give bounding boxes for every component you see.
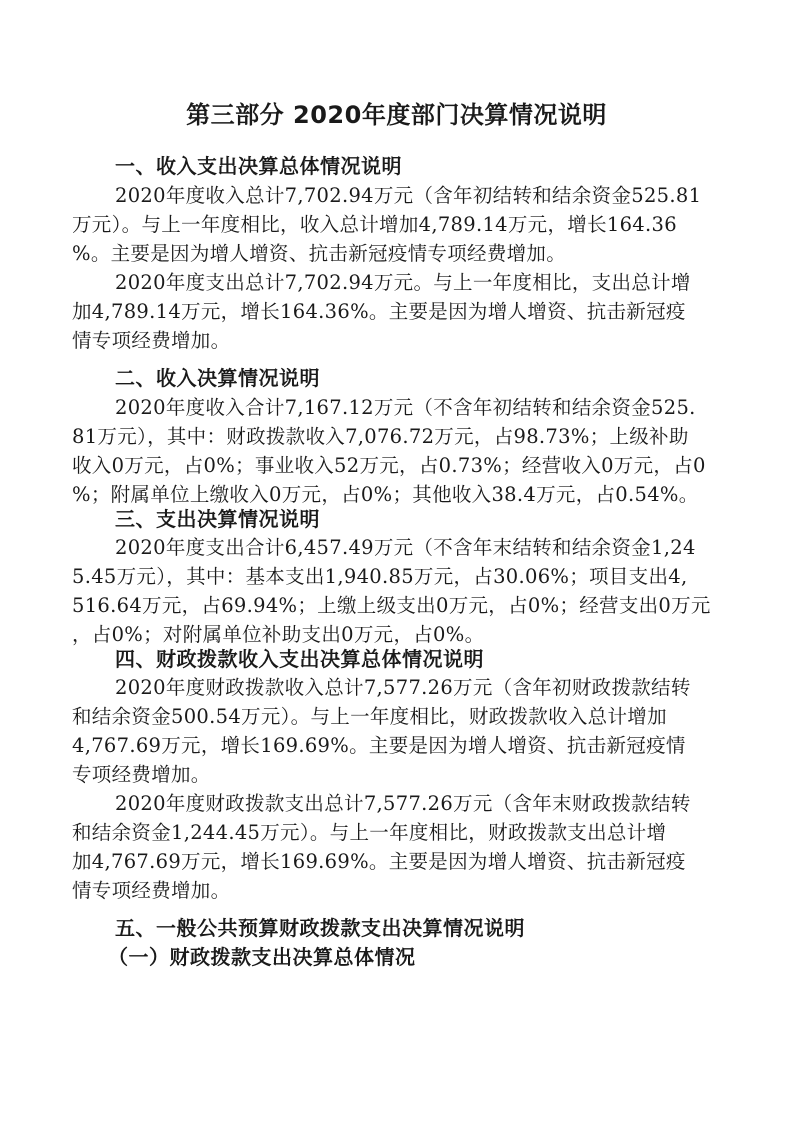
- paragraph-line: 2020年度支出总计7,702.94万元。与上一年度相比，支出总计增: [115, 267, 691, 295]
- paragraph-line: 情专项经费增加。: [72, 325, 230, 353]
- section-heading-4: 四、财政拨款收入支出决算总体情况说明: [115, 643, 484, 672]
- paragraph-line: 2020年度财政拨款收入总计7,577.26万元（含年初财政拨款结转: [115, 672, 691, 700]
- subsection-heading: （一）财政拨款支出决算总体情况: [108, 941, 416, 970]
- paragraph-line: 和结余资金1,244.45万元）。与上一年度相比，财政拨款支出总计增: [72, 817, 666, 845]
- paragraph-line: 专项经费增加。: [72, 759, 211, 787]
- paragraph-line: 万元）。与上一年度相比，收入总计增加4,789.14万元，增长164.36: [72, 209, 677, 237]
- paragraph-line: 5.45万元），其中：基本支出1,940.85万元，占30.06%；项目支出4,: [72, 561, 687, 589]
- paragraph-line: %。主要是因为增人增资、抗击新冠疫情专项经费增加。: [72, 238, 566, 266]
- paragraph-line: 2020年度收入合计7,167.12万元（不含年初结转和结余资金525.: [115, 392, 696, 420]
- paragraph-line: 加4,789.14万元，增长164.36%。主要是因为增人增资、抗击新冠疫: [72, 296, 686, 324]
- paragraph-line: 收入0万元，占0%；事业收入52万元，占0.73%；经营收入0万元，占0: [72, 450, 706, 478]
- section-heading-2: 二、收入决算情况说明: [115, 362, 320, 391]
- paragraph-line: 2020年度财政拨款支出总计7,577.26万元（含年末财政拨款结转: [115, 788, 691, 816]
- paragraph-line: 加4,767.69万元，增长169.69%。主要是因为增人增资、抗击新冠疫: [72, 846, 686, 874]
- paragraph-line: 2020年度支出合计6,457.49万元（不含年末结转和结余资金1,24: [115, 532, 696, 560]
- paragraph-line: 81万元），其中：财政拨款收入7,076.72万元，占98.73%；上级补助: [72, 421, 689, 449]
- paragraph-line: 2020年度收入总计7,702.94万元（含年初结转和结余资金525.81: [115, 180, 701, 208]
- paragraph-line: 4,767.69万元，增长169.69%。主要是因为增人增资、抗击新冠疫情: [72, 730, 686, 758]
- section-heading-5: 五、一般公共预算财政拨款支出决算情况说明: [115, 912, 525, 941]
- section-heading-1: 一、收入支出决算总体情况说明: [115, 150, 402, 179]
- section-heading-3: 三、支出决算情况说明: [115, 503, 320, 532]
- paragraph-line: 516.64万元，占69.94%；上缴上级支出0万元，占0%；经营支出0万元: [72, 590, 711, 618]
- paragraph-line: 和结余资金500.54万元）。与上一年度相比，财政拨款收入总计增加: [72, 701, 667, 729]
- paragraph-line: 情专项经费增加。: [72, 875, 230, 903]
- page-title: 第三部分 2020年度部门决算情况说明: [0, 95, 793, 130]
